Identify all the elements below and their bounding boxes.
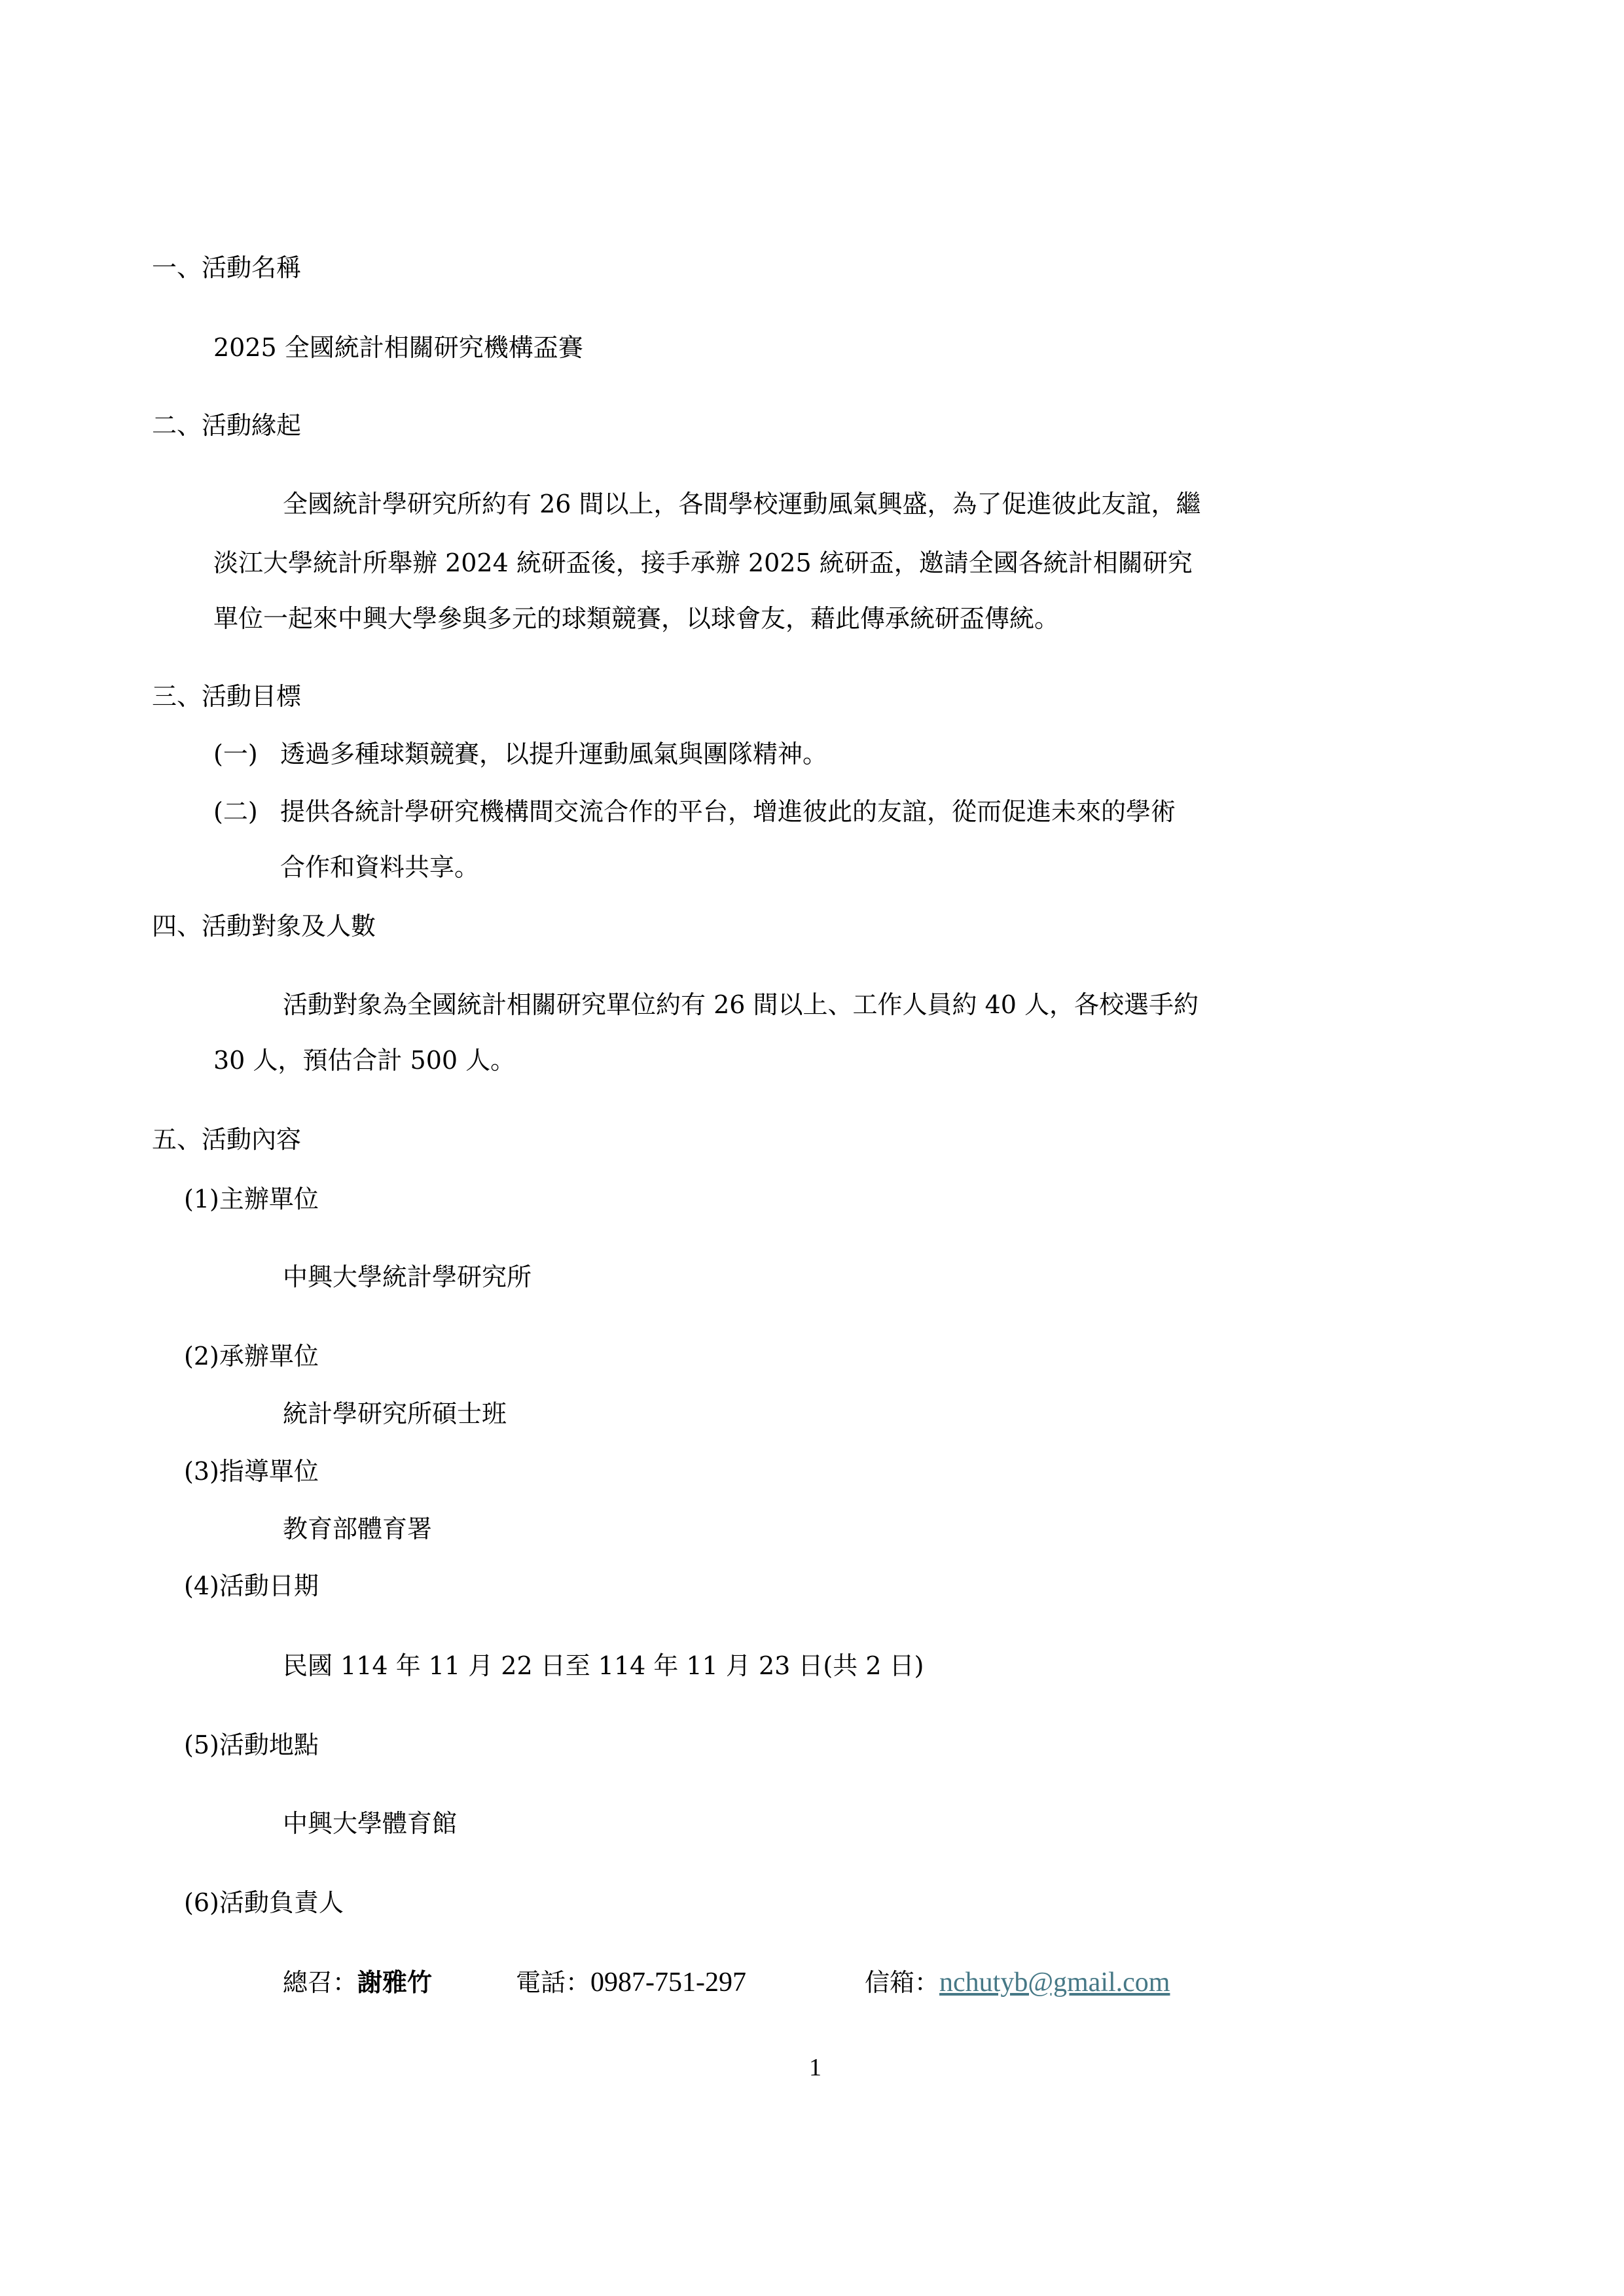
goal-text: 透過多種球類競賽，以提升運動風氣與團隊精神。	[280, 738, 827, 770]
subsection-value-executor: 統計學研究所碩士班	[283, 1398, 507, 1429]
origin-paragraph-line: 全國統計學研究所約有 26 間以上，各間學校運動風氣興盛，為了促進彼此友誼，繼	[283, 488, 1201, 520]
subsection-label-supervisor: (3)指導單位	[184, 1456, 319, 1487]
section-heading-activity-name: 一、活動名稱	[152, 252, 301, 283]
subsection-label-contact: (6)活動負責人	[184, 1887, 344, 1918]
page-number: 1	[809, 2052, 821, 2083]
subsection-label-date: (4)活動日期	[184, 1570, 319, 1602]
contact-email: 信箱：nchutyb@gmail.com	[865, 1967, 1170, 1998]
subsection-value-venue: 中興大學體育館	[283, 1808, 457, 1839]
subsection-value-supervisor: 教育部體育署	[283, 1513, 432, 1545]
participants-paragraph-line: 30 人，預估合計 500 人。	[213, 1045, 515, 1076]
goal-text: 提供各統計學研究機構間交流合作的平台，增進彼此的友誼，從而促進未來的學術	[280, 796, 1176, 827]
origin-paragraph-line: 單位一起來中興大學參與多元的球類競賽，以球會友，藉此傳承統研盃傳統。	[213, 603, 1059, 634]
goal-marker: (一)	[213, 738, 258, 770]
goal-text: 合作和資料共享。	[280, 852, 479, 883]
section-heading-participants: 四、活動對象及人數	[152, 910, 376, 942]
leader-name: 謝雅竹	[357, 1967, 432, 1997]
section-heading-content: 五、活動內容	[152, 1124, 301, 1155]
subsection-value-date: 民國 114 年 11 月 22 日至 114 年 11 月 23 日(共 2 …	[283, 1650, 924, 1681]
leader-label: 總召：	[283, 1968, 357, 1997]
section-heading-goals: 三、活動目標	[152, 681, 301, 712]
subsection-value-organizer: 中興大學統計學研究所	[283, 1261, 532, 1293]
subsection-label-venue: (5)活動地點	[184, 1729, 319, 1761]
contact-phone: 電話：0987-751-297	[516, 1967, 746, 1998]
subsection-label-executor: (2)承辦單位	[184, 1340, 319, 1372]
origin-paragraph-line: 淡江大學統計所舉辦 2024 統研盃後，接手承辦 2025 統研盃，邀請全國各統…	[213, 547, 1193, 579]
email-label: 信箱：	[865, 1968, 939, 1997]
email-link[interactable]: nchutyb@gmail.com	[939, 1967, 1170, 1998]
phone-label: 電話：	[516, 1968, 590, 1997]
goal-marker: (二)	[213, 796, 258, 827]
section-heading-origin: 二、活動緣起	[152, 410, 301, 441]
subsection-label-organizer: (1)主辦單位	[184, 1183, 319, 1215]
phone-number: 0987-751-297	[590, 1967, 746, 1998]
activity-name-text: 2025 全國統計相關研究機構盃賽	[213, 332, 583, 363]
participants-paragraph-line: 活動對象為全國統計相關研究單位約有 26 間以上、工作人員約 40 人，各校選手…	[283, 989, 1199, 1020]
contact-leader: 總召：謝雅竹	[283, 1967, 432, 1998]
